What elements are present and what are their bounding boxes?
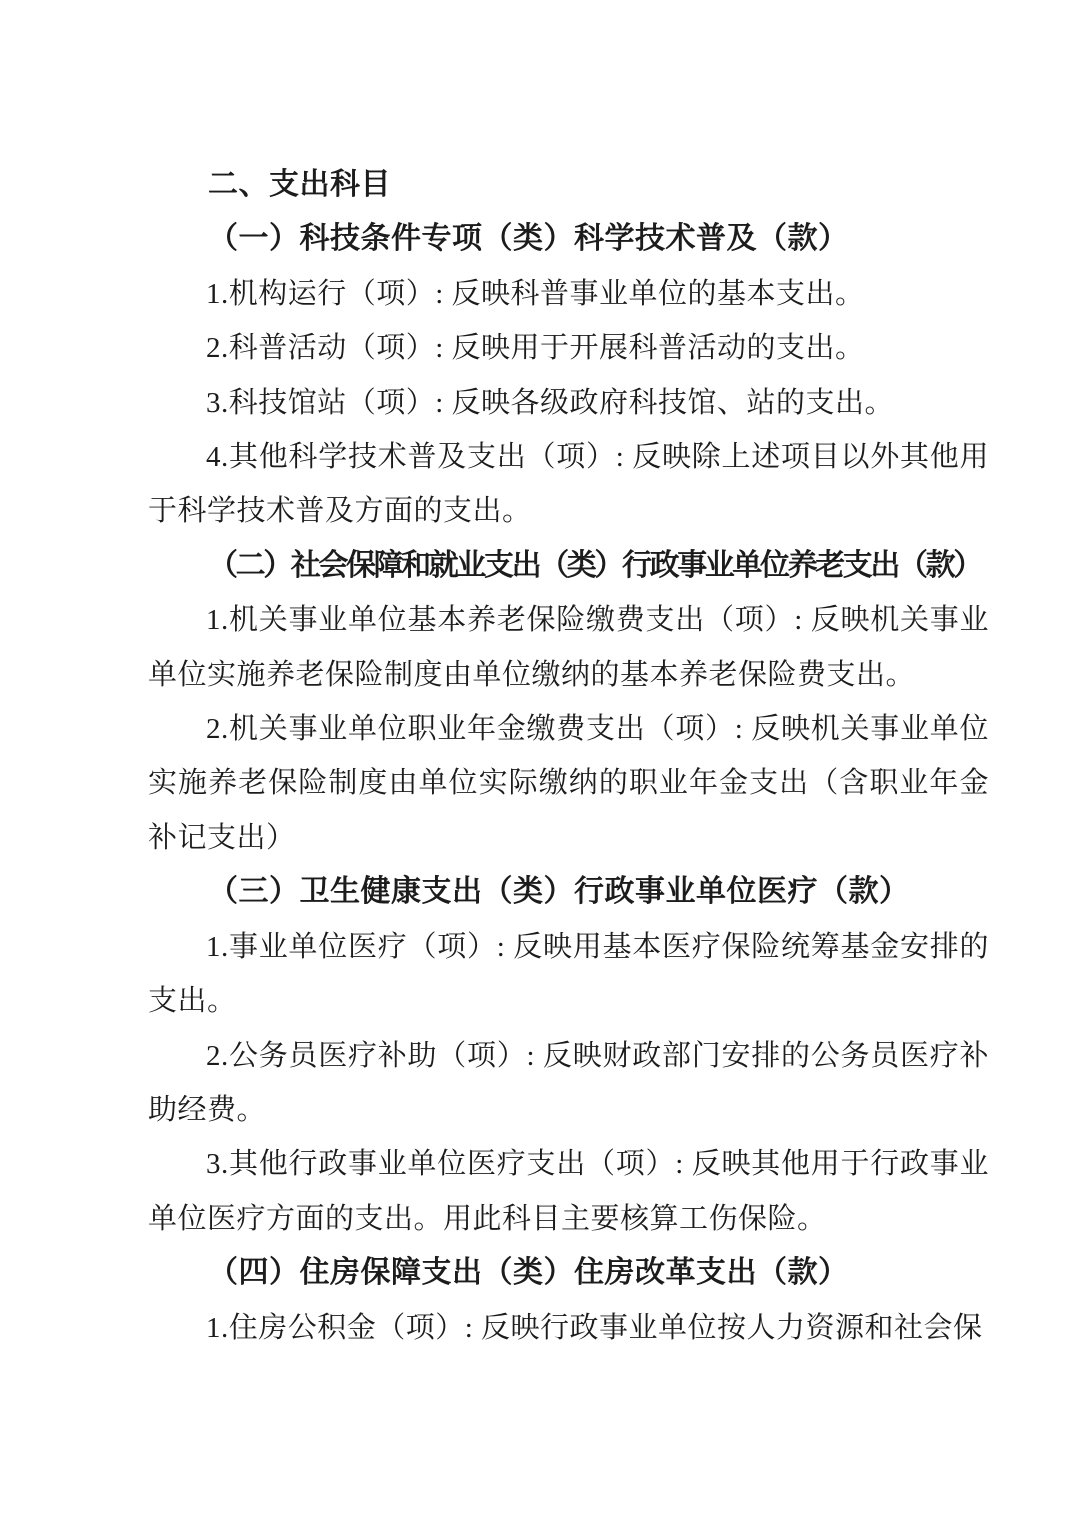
paragraph-4-1-housing-provident-fund: 1.住房公积金（项）: 反映行政事业单位按人力资源和社会保 [148,1301,989,1355]
document-page: 二、支出科目 （一）科技条件专项（类）科学技术普及（款） 1.机构运行（项）: … [0,0,1074,1520]
paragraph-3-1-institution-medical: 1.事业单位医疗（项）: 反映用基本医疗保险统筹基金安排的支出。 [148,920,989,1029]
paragraph-1-1-institution-operation: 1.机构运行（项）: 反映科普事业单位的基本支出。 [148,267,989,321]
document-body: 二、支出科目 （一）科技条件专项（类）科学技术普及（款） 1.机构运行（项）: … [148,158,989,1355]
heading-section-1-science-tech: （一）科技条件专项（类）科学技术普及（款） [148,212,989,266]
paragraph-2-2-occupational-annuity-contribution: 2.机关事业单位职业年金缴费支出（项）: 反映机关事业单位实施养老保险制度由单位… [148,702,989,865]
paragraph-2-1-basic-pension-contribution: 1.机关事业单位基本养老保险缴费支出（项）: 反映机关事业单位实施养老保险制度由… [148,593,989,702]
paragraph-3-3-other-medical-expenditure: 3.其他行政事业单位医疗支出（项）: 反映其他用于行政事业单位医疗方面的支出。用… [148,1137,989,1246]
heading-section-2-social-security-pension: （二）社会保障和就业支出（类）行政事业单位养老支出（款） [148,539,989,593]
paragraph-3-2-civil-servant-medical-subsidy: 2.公务员医疗补助（项）: 反映财政部门安排的公务员医疗补助经费。 [148,1029,989,1138]
paragraph-1-4-other-science-popularization: 4.其他科学技术普及支出（项）: 反映除上述项目以外其他用于科学技术普及方面的支… [148,430,989,539]
paragraph-1-2-science-popularization-activities: 2.科普活动（项）: 反映用于开展科普活动的支出。 [148,321,989,375]
heading-expenditure-subjects: 二、支出科目 [148,158,989,212]
heading-section-3-health-medical: （三）卫生健康支出（类）行政事业单位医疗（款） [148,865,989,919]
paragraph-1-3-science-museums: 3.科技馆站（项）: 反映各级政府科技馆、站的支出。 [148,376,989,430]
heading-section-4-housing-security: （四）住房保障支出（类）住房改革支出（款） [148,1246,989,1300]
